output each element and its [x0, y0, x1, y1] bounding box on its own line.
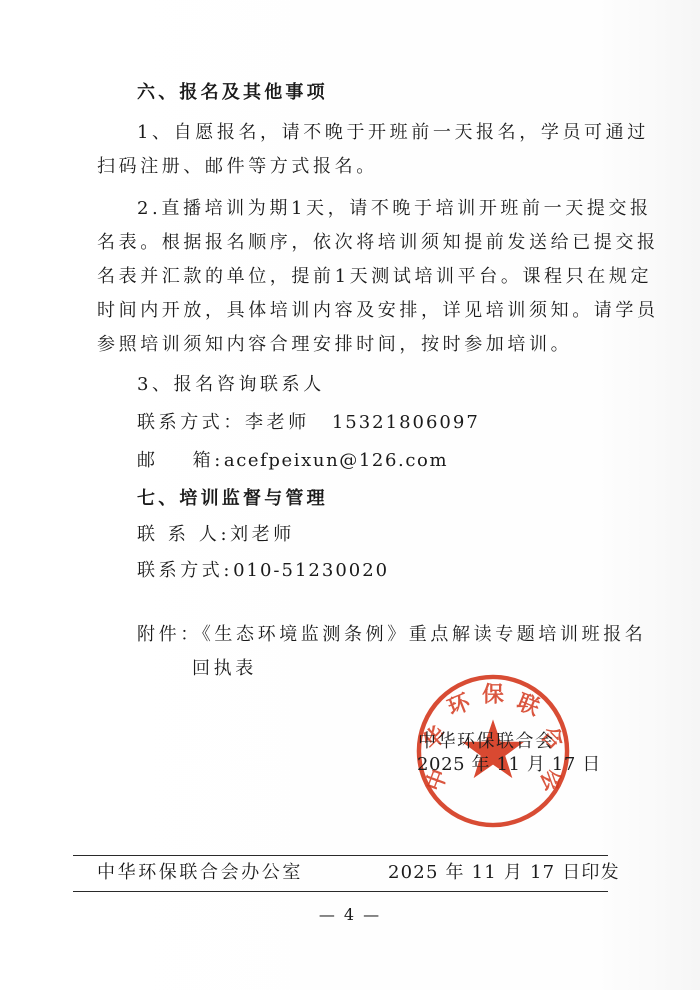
email-label-part-1: 邮 — [137, 450, 159, 471]
attachment-row: 附件：《生态环境监测条例》重点解读专题培训班报名 — [137, 624, 646, 646]
item-2-line-5: 参照培训须知内容合理安排时间，按时参加培训。 — [97, 334, 572, 356]
registration-contact-row: 联系方式：李老师15321806097 — [137, 412, 480, 434]
contact-method-label: 联系方式: — [137, 560, 233, 581]
signature-date: 2025 年 11 月 17 日 — [417, 754, 601, 776]
contact-person-label: 联 系 人: — [137, 524, 230, 545]
supervision-contact-person-row: 联 系 人:刘老师 — [137, 524, 295, 546]
item-2-line-3: 名表并汇款的单位，提前1天测试培训平台。课程只在规定 — [97, 266, 652, 288]
email-link[interactable]: acefpeixun@126.com — [224, 450, 448, 471]
contact-label: 联系方式： — [137, 412, 245, 433]
signature-organization: 中华环保联合会 — [418, 731, 555, 753]
contact-name: 李老师 — [245, 412, 310, 433]
email-label-part-2: 箱: — [193, 450, 224, 471]
contact-person-name: 刘老师 — [230, 524, 295, 545]
item-2-line-1: 2.直播培训为期1天，请不晚于培训开班前一天提交报 — [137, 198, 652, 220]
attachment-title-continued: 回执表 — [192, 658, 257, 680]
supervision-contact-method-row: 联系方式:010-51230020 — [137, 560, 389, 582]
section-6-heading: 六、报名及其他事项 — [137, 82, 328, 104]
document-page: 六、报名及其他事项 1、自愿报名，请不晚于开班前一天报名，学员可通过 扫码注册、… — [0, 0, 700, 990]
svg-text:保: 保 — [482, 682, 504, 708]
attachment-title[interactable]: 《生态环境监测条例》重点解读专题培训班报名 — [202, 624, 647, 645]
footer-top-divider — [73, 855, 608, 856]
item-2-line-2: 名表。根据报名顺序，依次将培训须知提前发送给已提交报 — [97, 232, 659, 254]
registration-email-row: 邮箱:acefpeixun@126.com — [137, 450, 448, 472]
contact-phone: 15321806097 — [332, 412, 480, 433]
footer-bottom-divider — [73, 891, 608, 892]
item-2-line-4: 时间内开放，具体培训内容及安排，详见培训须知。请学员 — [97, 300, 659, 322]
page-number: — 4 — — [0, 905, 700, 924]
footer-issuer: 中华环保联合会办公室 — [97, 862, 303, 884]
item-3-title: 3、报名咨询联系人 — [137, 374, 325, 396]
section-7-heading: 七、培训监督与管理 — [137, 488, 328, 510]
item-1-line-2: 扫码注册、邮件等方式报名。 — [97, 156, 378, 178]
attachment-label: 附件： — [137, 624, 202, 645]
item-1-line-1: 1、自愿报名，请不晚于开班前一天报名，学员可通过 — [137, 122, 649, 144]
footer-issue-date: 2025 年 11 月 17 日印发 — [388, 862, 620, 884]
contact-method-phone: 010-51230020 — [233, 560, 389, 581]
